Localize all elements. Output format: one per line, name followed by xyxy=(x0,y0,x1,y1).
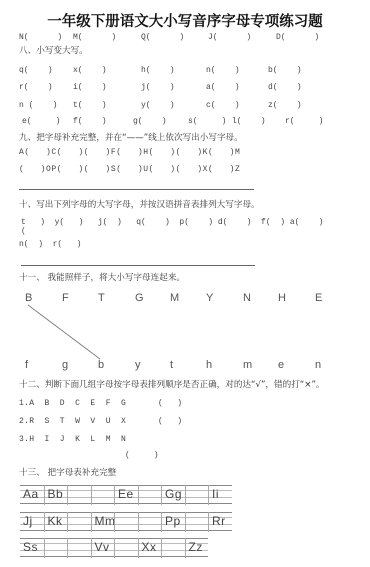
alphabet-pair-text: Bb xyxy=(48,487,64,501)
alphabet-cell: Ee xyxy=(114,485,138,505)
alphabet-pair-text: Pp xyxy=(165,514,181,528)
section12-heading: 十二、判断下面几组字母按字母表排列顺序是否正确，对的达“√”，错的打“×”。 xyxy=(19,378,325,390)
alphabet-blank-cell[interactable] xyxy=(185,512,209,532)
alphabet-blank-cell[interactable] xyxy=(67,485,91,505)
section13-heading: 十三、 把字母表补充完整 xyxy=(19,466,116,478)
alphabet-blank-cell[interactable] xyxy=(44,538,68,558)
alphabet-row: SsVvXxZz xyxy=(20,538,208,558)
alphabet-cell: Ss xyxy=(20,538,44,558)
alphabet-cell: Ii xyxy=(208,485,232,505)
alphabet-blank-cell[interactable] xyxy=(138,512,162,532)
alphabet-cell: Jj xyxy=(20,512,44,532)
alphabet-cell: Bb xyxy=(44,485,68,505)
answer-blank[interactable]: ( ) xyxy=(158,417,182,426)
alphabet-pair-text: Ss xyxy=(23,540,38,554)
alphabet-pair-text: Zz xyxy=(189,540,203,554)
alphabet-cell: Kk xyxy=(44,512,68,532)
alphabet-cell: Vv xyxy=(91,538,115,558)
alphabet-cell: Zz xyxy=(185,538,209,558)
alphabet-blank-cell[interactable] xyxy=(67,512,91,532)
alphabet-pair-text: Mm xyxy=(95,514,116,528)
example-connection-line xyxy=(0,0,370,567)
alphabet-cell: Aa xyxy=(20,485,44,505)
alphabet-pair-text: Ii xyxy=(212,487,219,501)
alphabet-cell: Xx xyxy=(138,538,162,558)
alphabet-blank-cell[interactable] xyxy=(91,485,115,505)
alphabet-blank-cell[interactable] xyxy=(67,538,91,558)
alphabet-row: AaBbEeGgIi xyxy=(20,485,232,505)
alphabet-cell: Gg xyxy=(161,485,185,505)
answer-blank[interactable]: ( ) xyxy=(125,451,159,460)
alphabet-blank-cell[interactable] xyxy=(114,538,138,558)
alphabet-pair-text: Kk xyxy=(48,514,63,528)
answer-blank[interactable]: ( ) xyxy=(158,399,182,408)
alphabet-pair-text: Vv xyxy=(95,540,110,554)
alphabet-cell: Rr xyxy=(208,512,232,532)
alphabet-pair-text: Gg xyxy=(165,487,182,501)
alphabet-blank-cell[interactable] xyxy=(138,485,162,505)
alphabet-pair-text: Xx xyxy=(142,540,157,554)
sequence-item: 3.H I J K L M N xyxy=(19,435,126,444)
alphabet-blank-cell[interactable] xyxy=(114,512,138,532)
alphabet-pair-text: Aa xyxy=(23,487,39,501)
sequence-item: 1.A B D C E F G xyxy=(19,399,126,408)
alphabet-pair-text: Jj xyxy=(23,514,33,528)
alphabet-blank-cell[interactable] xyxy=(185,485,209,505)
sequence-item: 2.R S T W V U X xyxy=(19,417,126,426)
alphabet-cell: Mm xyxy=(91,512,115,532)
alphabet-pair-text: Ee xyxy=(118,487,134,501)
alphabet-pair-text: Rr xyxy=(212,514,226,528)
alphabet-cell: Pp xyxy=(161,512,185,532)
alphabet-row: JjKkMmPpRr xyxy=(20,512,232,532)
alphabet-blank-cell[interactable] xyxy=(161,538,185,558)
